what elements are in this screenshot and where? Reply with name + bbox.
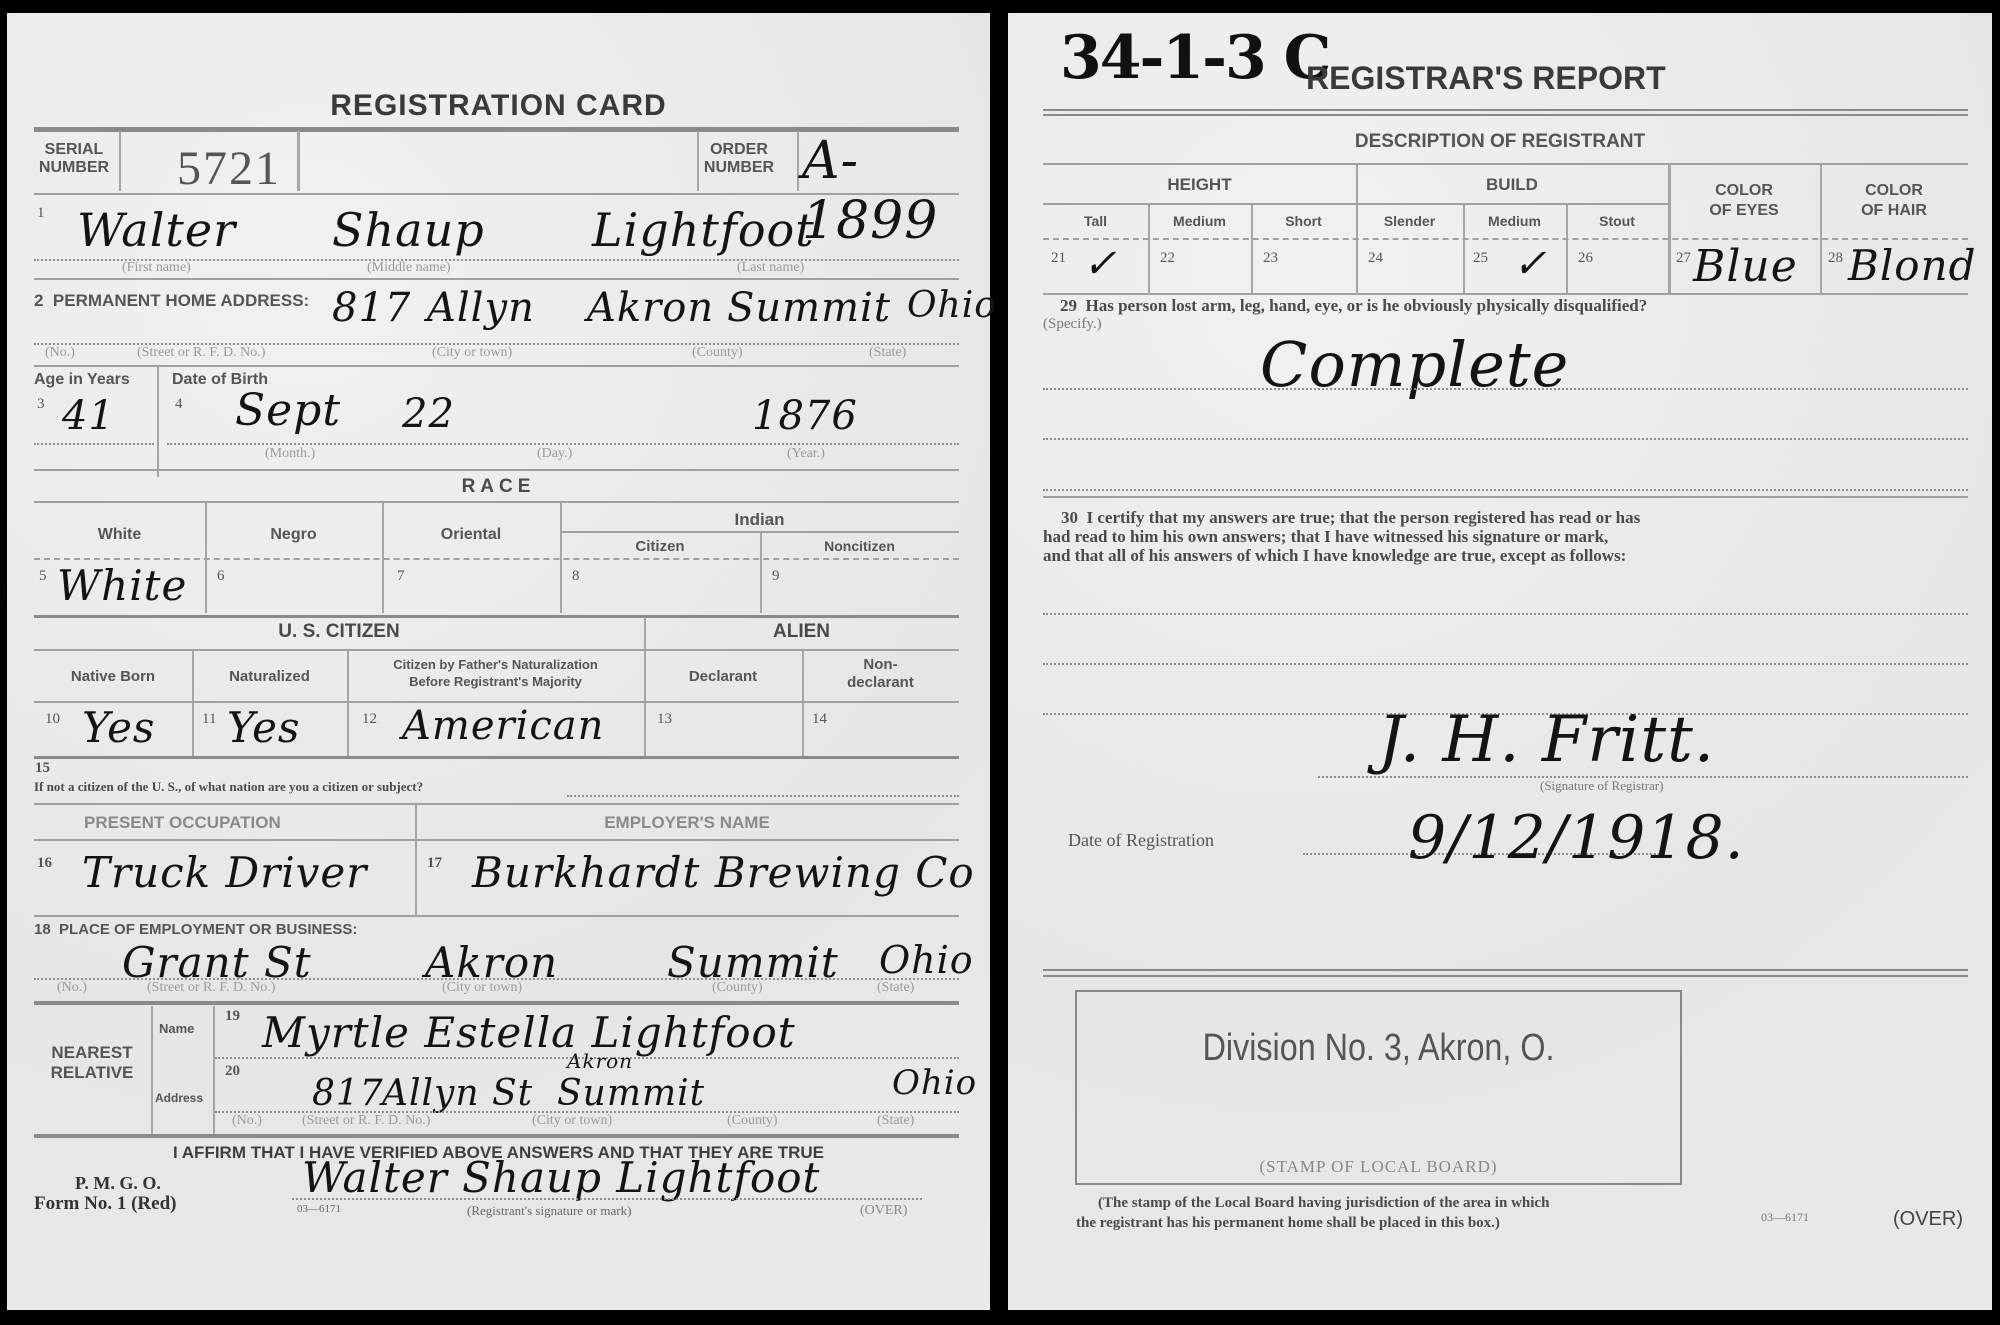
over-label: (OVER)	[1893, 1208, 1963, 1231]
registrar-signature: J. H. Fritt.	[1378, 703, 1715, 777]
caption: (Middle name)	[367, 260, 451, 276]
occupation-value: Truck Driver	[82, 848, 367, 897]
birth-month-value: Sept	[235, 385, 341, 436]
divider	[567, 795, 959, 797]
birth-year-value: 1876	[752, 393, 858, 439]
divider	[34, 649, 959, 651]
field-number: 14	[812, 711, 827, 728]
field-number: 6	[217, 568, 225, 585]
registrant-signature: Walter Shaup Lightfoot	[302, 1153, 820, 1202]
hair-color-label: COLOR OF HAIR	[1820, 181, 1968, 221]
home-address-state: Ohio	[907, 285, 997, 326]
field-number: 4	[175, 396, 183, 413]
field-number: 27	[1676, 250, 1691, 267]
field-number: 26	[1578, 250, 1593, 267]
eye-color-value: Blue	[1693, 241, 1798, 292]
divider	[297, 131, 300, 191]
divider	[157, 367, 159, 477]
build-stout-label: Stout	[1566, 213, 1668, 229]
build-label: BUILD	[1356, 175, 1668, 195]
divider	[34, 193, 959, 195]
nation-question: If not a citizen of the U. S., of what n…	[34, 779, 423, 795]
divider	[797, 131, 799, 191]
field-number: 9	[772, 568, 780, 585]
registration-date-value: 9/12/1918.	[1408, 803, 1745, 873]
q30-certification: 30 I certify that my answers are true; t…	[1043, 508, 1973, 565]
field-number: 5	[39, 568, 47, 585]
caption: (First name)	[122, 260, 191, 276]
registrars-report: 34-1-3 C REGISTRAR'S REPORT DESCRIPTION …	[1008, 13, 1992, 1310]
field-number: 11	[202, 711, 216, 728]
relative-address-state: Ohio	[892, 1063, 977, 1103]
us-citizen-section-title: U. S. CITIZEN	[34, 621, 644, 643]
caption: (Day.)	[537, 446, 572, 462]
native-born-label: Native Born	[34, 668, 192, 685]
over-label: (OVER)	[860, 1203, 907, 1219]
caption: (County)	[712, 980, 763, 996]
caption: (No.)	[45, 345, 75, 361]
field-number: 21	[1051, 250, 1066, 267]
field-number: 16	[37, 855, 52, 872]
divider	[1043, 613, 1968, 615]
divider	[213, 1006, 215, 1134]
divider	[644, 617, 646, 757]
race-indian-citizen-label: Citizen	[560, 538, 760, 555]
divider	[562, 531, 959, 533]
divider	[1043, 496, 1968, 498]
divider	[151, 1006, 153, 1134]
stamp-number: 34-1-3 C	[1060, 23, 1329, 93]
field-number: 13	[657, 711, 672, 728]
field-number: 25	[1473, 250, 1488, 267]
divider	[34, 1134, 959, 1138]
specify-label: (Specify.)	[1043, 316, 1102, 333]
stamp-footnote: (The stamp of the Local Board having jur…	[1076, 1193, 1549, 1233]
home-address-city: Akron	[587, 285, 714, 331]
non-declarant-label: Non- declarant	[802, 656, 959, 692]
divider	[34, 558, 959, 560]
age-value: 41	[62, 393, 115, 439]
field-number: 28	[1828, 250, 1843, 267]
order-number-value: A-1899	[802, 131, 990, 251]
q29-question: 29 Has person lost arm, leg, hand, eye, …	[1060, 296, 1647, 316]
divider	[1043, 438, 1968, 440]
divider	[34, 756, 959, 759]
race-indian-noncitizen-label: Noncitizen	[760, 538, 959, 554]
stamp-caption: (STAMP OF LOCAL BOARD)	[1077, 1157, 1680, 1177]
print-code: 03—6171	[1761, 1210, 1809, 1225]
native-born-value: Yes	[82, 703, 156, 752]
caption: (State)	[877, 1113, 914, 1129]
height-tall-label: Tall	[1043, 213, 1148, 229]
divider	[34, 615, 959, 618]
form-office: P. M. G. O.	[75, 1173, 161, 1194]
race-white-value: White	[57, 561, 187, 610]
place-of-employment-label: 18 PLACE OF EMPLOYMENT OR BUSINESS:	[34, 921, 357, 938]
divider	[192, 651, 194, 757]
caption: (Street or R. F. D. No.)	[137, 345, 265, 361]
registration-card-front: REGISTRATION CARD SERIAL NUMBER 5721 ORD…	[7, 13, 990, 1310]
occupation-label: PRESENT OCCUPATION	[84, 813, 281, 833]
relative-name-label: Name	[159, 1021, 194, 1036]
caption: (City or town)	[432, 345, 512, 361]
divider	[34, 501, 959, 503]
race-indian-label: Indian	[560, 510, 959, 530]
field-number: 23	[1263, 250, 1278, 267]
divider	[1043, 969, 1968, 971]
caption: (State)	[869, 345, 906, 361]
employer-value: Burkhardt Brewing Co	[472, 848, 975, 897]
caption: (Street or R. F. D. No.)	[302, 1113, 430, 1129]
caption: (Last name)	[737, 260, 804, 276]
field-number: 22	[1160, 250, 1175, 267]
divider	[34, 278, 959, 280]
caption: (City or town)	[532, 1113, 612, 1129]
caption: (Signature of Registrar)	[1540, 778, 1663, 794]
caption: (City or town)	[442, 980, 522, 996]
caption: (Street or R. F. D. No.)	[147, 980, 275, 996]
field-number: 17	[427, 855, 442, 872]
eye-color-label: COLOR OF EYES	[1668, 181, 1820, 221]
caption: (No.)	[232, 1113, 262, 1129]
declarant-label: Declarant	[644, 668, 802, 685]
home-address-county: Summit	[727, 285, 891, 331]
alien-section-title: ALIEN	[644, 621, 959, 643]
caption: (County)	[727, 1113, 778, 1129]
height-short-label: Short	[1251, 213, 1356, 229]
employment-state-value: Ohio	[879, 938, 974, 982]
local-board-stamp: Division No. 3, Akron, O.	[1122, 1027, 1635, 1070]
relative-address-label: Address	[155, 1091, 203, 1105]
field-number: 20	[225, 1063, 240, 1080]
home-address-number: 817	[332, 285, 411, 331]
race-negro-label: Negro	[205, 526, 382, 544]
divider	[1043, 388, 1968, 390]
divider	[292, 1198, 922, 1200]
divider	[119, 131, 121, 191]
relative-name-value: Myrtle Estella Lightfoot	[262, 1008, 796, 1057]
divider	[1043, 114, 1968, 116]
registration-date-label: Date of Registration	[1068, 830, 1214, 851]
divider	[1043, 489, 1968, 491]
build-medium-label: Medium	[1463, 213, 1566, 229]
naturalized-label: Naturalized	[192, 668, 347, 685]
field-number: 10	[45, 711, 60, 728]
local-board-stamp-box: Division No. 3, Akron, O. (STAMP OF LOCA…	[1075, 990, 1682, 1185]
hair-color-value: Blond	[1848, 241, 1977, 290]
divider	[1043, 975, 1968, 977]
home-address-street: Allyn	[427, 285, 535, 331]
divider	[167, 443, 959, 445]
first-name-value: Walter	[77, 203, 236, 257]
divider	[34, 1001, 959, 1005]
height-medium-label: Medium	[1148, 213, 1251, 229]
relative-address-county: Summit	[557, 1073, 705, 1114]
naturalized-value: Yes	[227, 703, 301, 752]
birth-day-value: 22	[402, 391, 455, 437]
field-number: 15	[35, 760, 50, 777]
description-title: DESCRIPTION OF REGISTRANT	[1008, 131, 1992, 153]
divider	[34, 915, 959, 917]
order-number-label: ORDER NUMBER	[699, 141, 779, 177]
nearest-relative-label: NEAREST RELATIVE	[37, 1043, 147, 1083]
middle-name-value: Shaup	[332, 203, 485, 257]
employer-label: EMPLOYER'S NAME	[415, 813, 959, 833]
divider	[1043, 293, 1968, 295]
caption: (State)	[877, 980, 914, 996]
divider	[1043, 163, 1968, 165]
field-number: 1	[37, 205, 45, 222]
race-section-title: RACE	[7, 476, 990, 498]
divider	[34, 803, 959, 805]
divider	[1043, 203, 1668, 205]
divider	[1043, 109, 1968, 111]
field-number: 12	[362, 711, 377, 728]
report-title: REGISTRAR'S REPORT	[1306, 60, 1666, 97]
divider	[1043, 663, 1968, 665]
height-label: HEIGHT	[1043, 175, 1356, 195]
divider	[34, 443, 154, 445]
caption: (Year.)	[787, 446, 825, 462]
age-label: Age in Years	[34, 371, 130, 389]
caption: (No.)	[57, 980, 87, 996]
serial-number-label: SERIAL NUMBER	[34, 141, 114, 177]
q29-answer: Complete	[1260, 328, 1569, 401]
print-code: 03—6171	[297, 1203, 341, 1215]
divider	[34, 469, 959, 471]
build-medium-check: ✓	[1513, 241, 1548, 287]
field-number: 8	[572, 568, 580, 585]
divider	[34, 365, 959, 367]
last-name-value: Lightfoot	[592, 203, 815, 257]
citizen-by-father-label: Citizen by Father's Naturalization Befor…	[347, 656, 644, 690]
home-address-label: 2 PERMANENT HOME ADDRESS:	[34, 291, 309, 311]
race-white-label: White	[34, 526, 205, 544]
field-number: 19	[225, 1008, 240, 1025]
field-number: 3	[37, 396, 45, 413]
build-slender-label: Slender	[1356, 213, 1463, 229]
serial-number-value: 5721	[177, 141, 281, 196]
relative-address-street: Allyn St	[382, 1073, 533, 1114]
field-number: 7	[397, 568, 405, 585]
field-number: 24	[1368, 250, 1383, 267]
caption: (County)	[692, 345, 743, 361]
divider	[415, 805, 417, 915]
card-title: REGISTRATION CARD	[7, 89, 990, 123]
caption: (Month.)	[265, 446, 315, 462]
height-tall-check: ✓	[1083, 241, 1118, 287]
divider	[1043, 238, 1968, 240]
relative-address-number: 817	[312, 1073, 384, 1114]
form-number: Form No. 1 (Red)	[34, 1193, 176, 1215]
citizen-by-father-value: American	[402, 703, 604, 749]
race-oriental-label: Oriental	[382, 526, 560, 544]
relative-address-city: Akron	[567, 1049, 633, 1073]
divider	[34, 839, 959, 841]
caption: (Registrant's signature or mark)	[467, 1203, 631, 1219]
